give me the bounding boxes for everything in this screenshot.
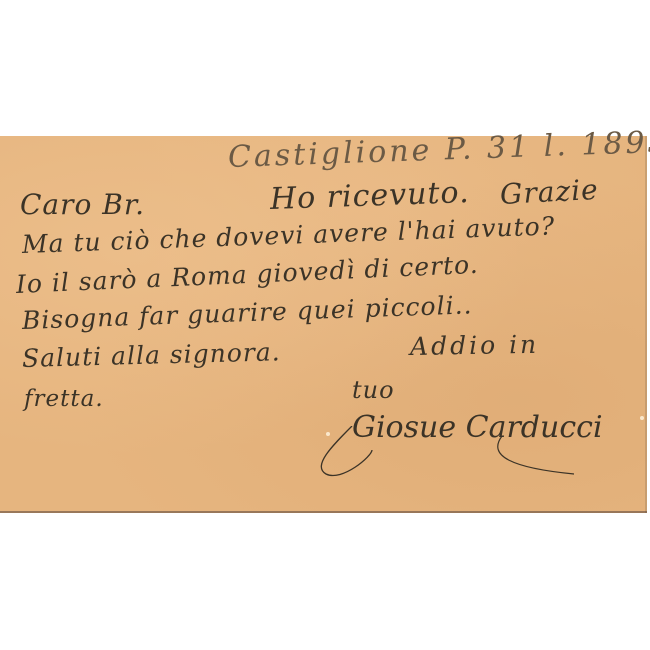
postcard: Castiglione P. 31 l. 1893 Caro Br. Ho ri… <box>0 136 647 513</box>
salutation: Caro Br. <box>20 188 145 221</box>
dateline: Castiglione P. 31 l. 1893 <box>227 125 650 175</box>
letter-line-1-thanks: Grazie <box>499 173 599 211</box>
closing: tuo <box>352 376 395 404</box>
letter-line-1-text: Ho ricevuto. <box>269 175 470 217</box>
signature-flourish-icon <box>312 426 584 486</box>
letter-line-6: fretta. <box>24 386 104 412</box>
paper-spot <box>640 416 644 420</box>
letter-line-4: Bisogna far guarire quei piccoli.. <box>21 290 472 335</box>
paper-spot <box>326 432 330 436</box>
letter-line-5-greetings: Saluti alla signora. <box>22 337 281 373</box>
letter-line-5-farewell: Addio in <box>410 330 540 361</box>
